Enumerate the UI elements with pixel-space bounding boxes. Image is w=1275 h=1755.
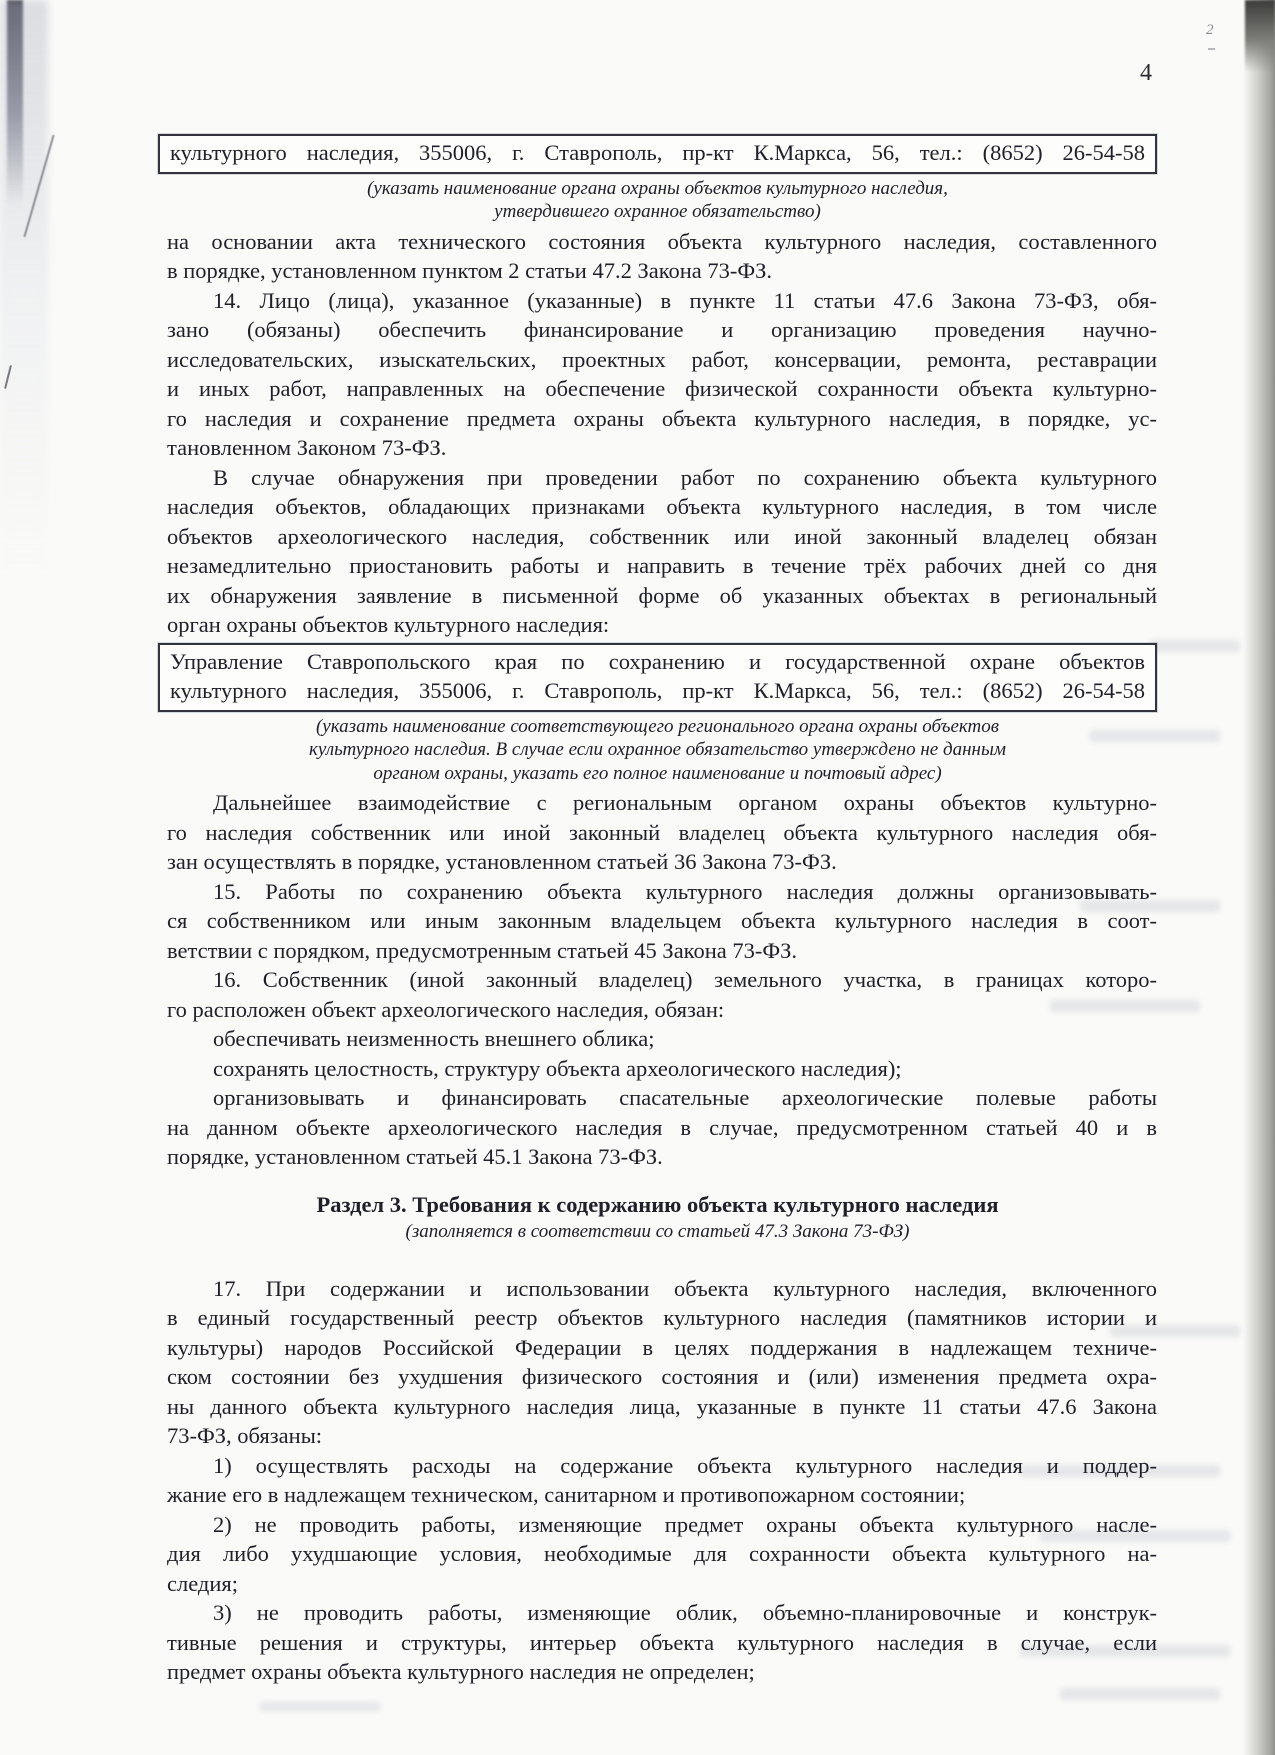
form-field-box: Управление Ставропольского края по сохра…	[158, 643, 1157, 712]
text-line: 16. Собственник (иной законный владелец)…	[167, 965, 1157, 995]
paragraph: 14. Лицо (лица), указанное (указанные) в…	[158, 286, 1157, 463]
text-line: зан осуществлять в порядке, установленно…	[167, 847, 1157, 877]
text-line: 17. При содержании и использовании объек…	[167, 1274, 1157, 1304]
text-line: го наследия и сохранение предмета охраны…	[167, 404, 1157, 434]
text-line: незамедлительно приостановить работы и н…	[167, 551, 1157, 581]
text-line: 14. Лицо (лица), указанное (указанные) в…	[167, 286, 1157, 316]
text-line: ском состоянии без ухудшения физического…	[167, 1362, 1157, 1392]
text-line: ветствии с порядком, предусмотренным ста…	[167, 936, 1157, 966]
text-line: культуры) народов Российской Федерации в…	[167, 1333, 1157, 1363]
text-line: го расположен объект археологического на…	[167, 995, 1157, 1025]
text-line: порядке, установленном статьей 45.1 Зако…	[167, 1142, 1157, 1172]
paragraph: 1) осуществлять расходы на содержание об…	[158, 1451, 1157, 1510]
paragraph: на основании акта технического состояния…	[158, 227, 1157, 286]
paragraph: организовывать и финансировать спасатель…	[158, 1083, 1157, 1172]
paragraph: обеспечивать неизменность внешнего облик…	[158, 1024, 1157, 1054]
text-line: ны данного объекта культурного наследия …	[167, 1392, 1157, 1422]
text-line: в единый государственный реестр объектов…	[167, 1303, 1157, 1333]
text-line: их обнаружения заявление в письменной фо…	[167, 581, 1157, 611]
text-line: дия либо ухудшающие условия, необходимые…	[167, 1539, 1157, 1569]
text-line: предмет охраны объекта культурного насле…	[167, 1657, 1157, 1687]
paragraph: сохранять целостность, структуру объекта…	[158, 1054, 1157, 1084]
text-line: объектов археологического наследия, собс…	[167, 522, 1157, 552]
text-line: го наследия собственник или иной законны…	[167, 818, 1157, 848]
text-line: наследия объектов, обладающих признаками…	[167, 492, 1157, 522]
text-line: и иных работ, направленных на обеспечени…	[167, 374, 1157, 404]
text-line: тановленном Законом 73-ФЗ.	[167, 433, 1157, 463]
text-line: 15. Работы по сохранению объекта культур…	[167, 877, 1157, 907]
field-caption: (заполняется в соответствии со статьей 4…	[158, 1219, 1157, 1247]
text-line: тивные решения и структуры, интерьер объ…	[167, 1628, 1157, 1658]
page-edge-shadow	[1243, 0, 1275, 1755]
caption-line: культурного наследия. В случае если охра…	[188, 738, 1127, 762]
text-line: жание его в надлежащем техническом, сани…	[167, 1480, 1157, 1510]
caption-line: органом охраны, указать его полное наиме…	[188, 762, 1127, 786]
text-line: организовывать и финансировать спасатель…	[167, 1083, 1157, 1113]
paragraph: 2) не проводить работы, изменяющие предм…	[158, 1510, 1157, 1599]
scan-artifact	[1060, 1688, 1220, 1700]
text-line: 1) осуществлять расходы на содержание об…	[167, 1451, 1157, 1481]
scan-artifact	[23, 135, 54, 237]
caption-line: утвердившего охранное обязательство)	[188, 200, 1127, 224]
section-heading: Раздел 3. Требования к содержанию объект…	[158, 1190, 1157, 1220]
page-edge-shadow-top	[1245, 0, 1275, 72]
caption-line: (указать наименование органа охраны объе…	[188, 177, 1127, 201]
paragraph: 17. При содержании и использовании объек…	[158, 1274, 1157, 1451]
caption-line: (заполняется в соответствии со статьей 4…	[188, 1220, 1127, 1244]
scan-artifact	[1150, 640, 1240, 652]
text-line: 2) не проводить работы, изменяющие предм…	[167, 1510, 1157, 1540]
corner-mark: 2	[1206, 22, 1214, 39]
text-line: на основании акта технического состояния…	[167, 227, 1157, 257]
field-caption: (указать наименование соответствующего р…	[158, 714, 1157, 789]
scan-artifact	[0, 0, 48, 580]
text-line: Дальнейшее взаимодействие с региональным…	[167, 788, 1157, 818]
document-flow: культурного наследия, 355006, г. Ставроп…	[158, 131, 1157, 1687]
paragraph: 15. Работы по сохранению объекта культур…	[158, 877, 1157, 966]
scan-artifact	[260, 1702, 380, 1711]
scan-artifact	[7, 0, 23, 205]
text-line: зано (обязаны) обеспечить финансирование…	[167, 315, 1157, 345]
text-line: орган охраны объектов культурного наслед…	[167, 610, 1157, 640]
page-number: 4	[1140, 60, 1152, 87]
text-line: культурного наследия, 355006, г. Ставроп…	[170, 676, 1145, 706]
text-line: Управление Ставропольского края по сохра…	[170, 647, 1145, 677]
text-line: культурного наследия, 355006, г. Ставроп…	[170, 138, 1145, 168]
paragraph: 3) не проводить работы, изменяющие облик…	[158, 1598, 1157, 1687]
text-line: на данном объекте археологического насле…	[167, 1113, 1157, 1143]
field-caption: (указать наименование органа охраны объе…	[158, 176, 1157, 227]
text-line: исследовательских, изыскательских, проек…	[167, 345, 1157, 375]
text-line: следия;	[167, 1569, 1157, 1599]
paragraph: 16. Собственник (иной законный владелец)…	[158, 965, 1157, 1024]
caption-line: (указать наименование соответствующего р…	[188, 715, 1127, 739]
text-line: обеспечивать неизменность внешнего облик…	[167, 1024, 1157, 1054]
scanned-document-page: 2 4 культурного наследия, 355006, г. Ста…	[0, 0, 1275, 1755]
text-line: 3) не проводить работы, изменяющие облик…	[167, 1598, 1157, 1628]
text-line: 73-ФЗ, обязаны:	[167, 1421, 1157, 1451]
form-field-box: культурного наследия, 355006, г. Ставроп…	[158, 134, 1157, 174]
text-line: в порядке, установленном пунктом 2 стать…	[167, 256, 1157, 286]
paragraph: Дальнейшее взаимодействие с региональным…	[158, 788, 1157, 877]
scan-artifact	[4, 365, 12, 389]
text-line: ся собственником или иным законным владе…	[167, 906, 1157, 936]
paragraph: В случае обнаружения при проведении рабо…	[158, 463, 1157, 640]
text-line: сохранять целостность, структуру объекта…	[167, 1054, 1157, 1084]
text-line: В случае обнаружения при проведении рабо…	[167, 463, 1157, 493]
